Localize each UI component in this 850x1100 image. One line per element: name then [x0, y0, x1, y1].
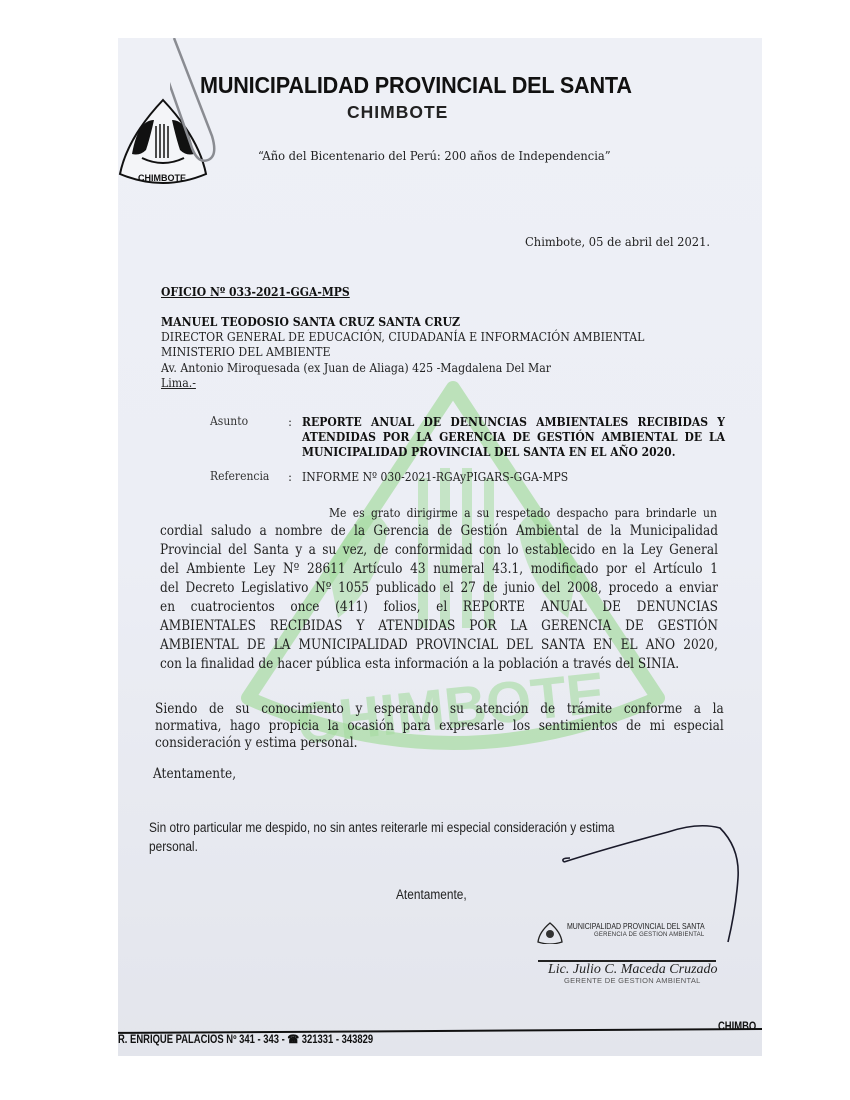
svg-text:CHIMBOTE: CHIMBOTE — [138, 173, 186, 183]
stamp-line-1: MUNICIPALIDAD PROVINCIAL DEL SANTA — [567, 922, 705, 931]
body-line: Siendo de su conocimiento y esperando su… — [155, 701, 724, 717]
body-line: Provincial del Santa y a su vez, de conf… — [160, 542, 718, 558]
body-line: en cuatrocientos once (411) folios, el R… — [160, 599, 718, 615]
body-line: consideración y estima personal. — [155, 735, 724, 751]
reference-label: Referencia — [210, 469, 269, 483]
body-line: AMBIENTALES RECIBIDAS Y ATENDIDAS POR LA… — [160, 618, 718, 634]
body-line: normativa, hago propicia la ocasión para… — [155, 718, 724, 734]
footer-city: CHIMBO — [718, 1021, 756, 1033]
stamp-line-2: GERENCIA DE GESTION AMBIENTAL — [594, 932, 704, 938]
institution-city: CHIMBOTE — [347, 102, 448, 123]
paperclip-icon — [170, 38, 220, 164]
subject-label: Asunto — [210, 414, 248, 428]
body-line: del Decreto Legislativo Nº 1055 publicad… — [160, 580, 718, 596]
closing-salutation-2: Atentamente, — [396, 887, 467, 902]
closing-line: Sin otro particular me despido, no sin a… — [149, 820, 615, 835]
recipient-name: MANUEL TEODOSIO SANTA CRUZ SANTA CRUZ — [161, 315, 460, 329]
subject-separator: : — [288, 415, 292, 429]
closing-salutation: Atentamente, — [153, 766, 236, 782]
recipient-position: DIRECTOR GENERAL DE EDUCACIÓN, CIUDADANÍ… — [161, 330, 644, 344]
subject-line: REPORTE ANUAL DE DENUNCIAS AMBIENTALES R… — [302, 415, 725, 429]
closing-line: personal. — [149, 839, 198, 854]
body-line: AMBIENTAL DE LA MUNICIPALIDAD PROVINCIAL… — [160, 637, 718, 653]
subject-line: ATENDIDAS POR LA GERENCIA DE GESTIÓN AMB… — [302, 430, 725, 444]
oficio-number: OFICIO Nº 033-2021-GGA-MPS — [161, 285, 350, 299]
recipient-address: Av. Antonio Miroquesada (ex Juan de Alia… — [161, 361, 551, 375]
signer-title: GERENTE DE GESTION AMBIENTAL — [564, 976, 701, 985]
recipient-organization: MINISTERIO DEL AMBIENTE — [161, 345, 330, 359]
stamp-emblem-icon — [537, 922, 563, 944]
reference-separator: : — [288, 470, 292, 484]
body-line: del Ambiente Ley Nº 28611 Artículo 43 nu… — [160, 561, 718, 577]
body-line: Me es grato dirigirme a su respetado des… — [329, 506, 717, 520]
letter-date: Chimbote, 05 de abril del 2021. — [525, 234, 710, 249]
reference-value: INFORME Nº 030-2021-RGAyPIGARS-GGA-MPS — [302, 470, 568, 484]
body-line: cordial saludo a nombre de la Gerencia d… — [160, 523, 718, 539]
footer-address: R. ENRIQUE PALACIOS Nº 341 - 343 - ☎ 321… — [118, 1032, 373, 1046]
recipient-city: Lima.- — [161, 376, 196, 390]
subject-line: MUNICIPALIDAD PROVINCIAL DEL SANTA EN EL… — [302, 445, 725, 459]
body-line: con la finalidad de hacer pública esta i… — [160, 656, 718, 672]
institution-name: MUNICIPALIDAD PROVINCIAL DEL SANTA — [200, 72, 632, 99]
document-page: CHIMBOTE CHIMBOTE MUNICIPALIDAD PROVINCI… — [118, 38, 762, 1056]
year-motto: “Año del Bicentenario del Perú: 200 años… — [258, 148, 611, 163]
